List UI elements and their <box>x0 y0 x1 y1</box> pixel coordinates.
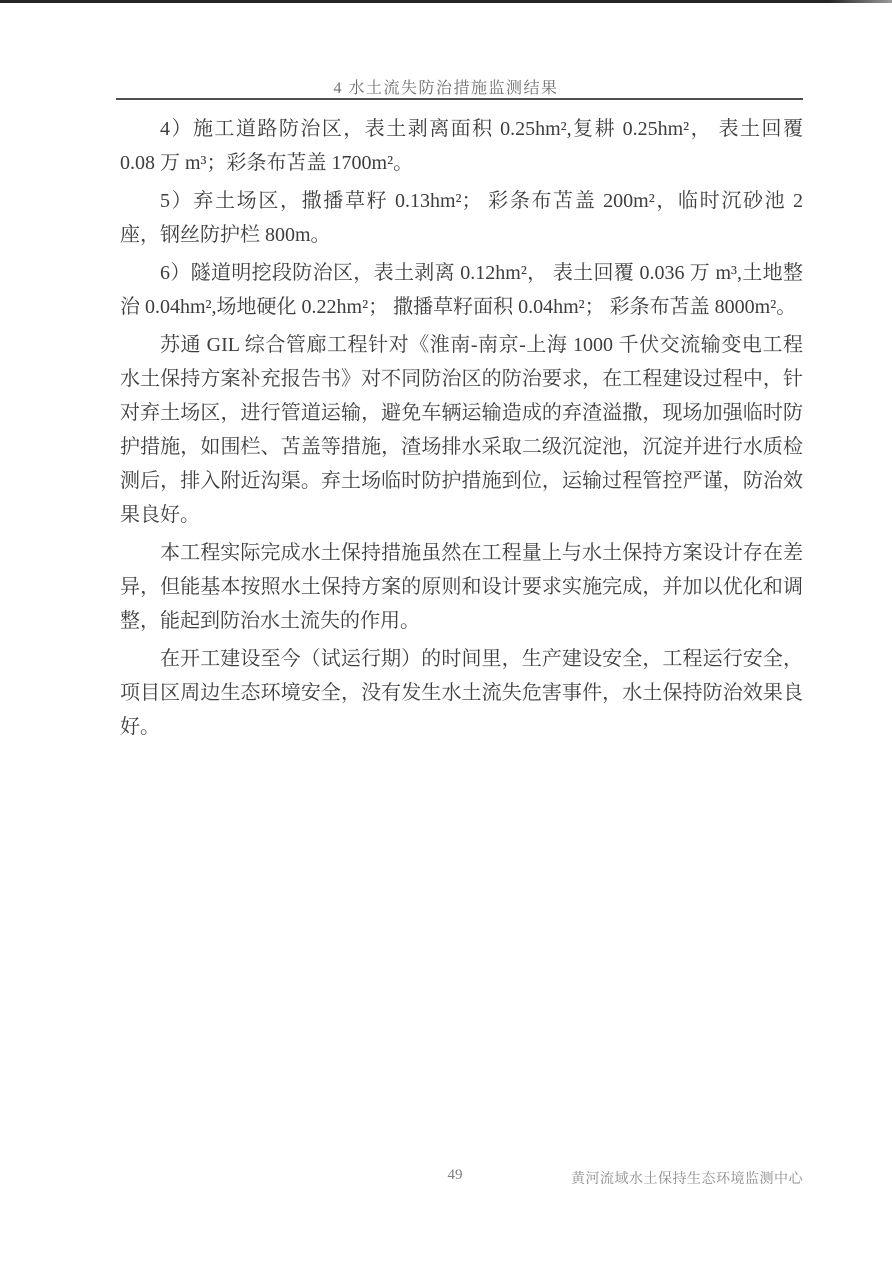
paragraph-item-4-construction-road: 4）施工道路防治区，表土剥离面积 0.25hm²,复耕 0.25hm²， 表土回… <box>120 112 803 180</box>
paragraph-project-completion-summary: 本工程实际完成水土保持措施虽然在工程量上与水土保持方案设计存在差异，但能基本按照… <box>120 536 803 638</box>
paragraph-trial-operation-safety: 在开工建设至今（试运行期）的时间里，生产建设安全，工程运行安全，项目区周边生态环… <box>120 642 803 744</box>
paragraph-item-5-spoil-ground: 5）弃土场区，撒播草籽 0.13hm²； 彩条布苫盖 200m²，临时沉砂池 2… <box>120 184 803 252</box>
paragraph-item-6-tunnel-open-cut: 6）隧道明挖段防治区，表土剥离 0.12hm²， 表土回覆 0.036 万 m³… <box>120 256 803 324</box>
header-rule <box>116 98 803 100</box>
paragraph-sutong-gil-corridor: 苏通 GIL 综合管廊工程针对《淮南-南京-上海 1000 千伏交流输变电工程水… <box>120 328 803 532</box>
running-header-title: 4 水土流失防治措施监测结果 <box>0 80 892 98</box>
scan-edge-artifact <box>0 0 892 3</box>
page-number: 49 <box>420 1167 490 1184</box>
footer-organization-name: 黄河流域水土保持生态环境监测中心 <box>571 1168 803 1188</box>
document-body: 4）施工道路防治区，表土剥离面积 0.25hm²,复耕 0.25hm²， 表土回… <box>120 112 803 748</box>
